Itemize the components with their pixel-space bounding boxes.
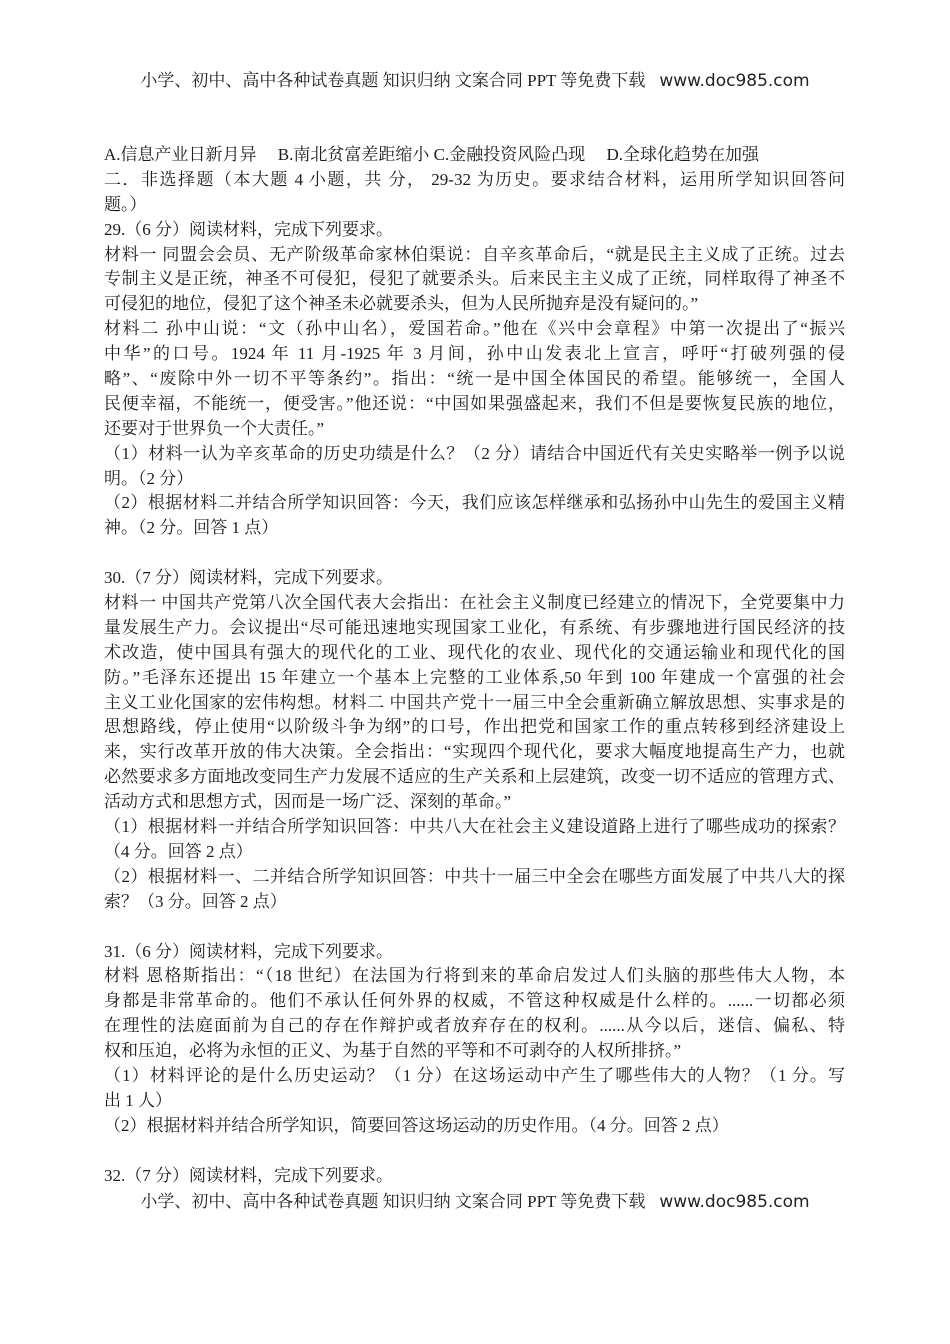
text-line: 出 1 人） (104, 1089, 845, 1114)
site-url: www.doc985.com (659, 1192, 809, 1212)
text-line: （1）根据材料一并结合所学知识回答：中共八大在社会主义建设道路上进行了哪些成功的… (104, 815, 845, 840)
promo-text: 小学、初中、高中各种试卷真题 知识归纳 文案合同 PPT 等免费下载 (140, 71, 645, 90)
text-line: （1）材料一认为辛亥革命的历史功绩是什么？（2 分）请结合中国近代有关史实略举一… (104, 442, 845, 467)
page-header: 小学、初中、高中各种试卷真题 知识归纳 文案合同 PPT 等免费下载www.do… (0, 68, 950, 94)
text-line: 来，实行改革开放的伟大决策。全会指出：“实现四个现代化，要求大幅度地提高生产力，… (104, 740, 845, 765)
text-line: 思想路线，停止使用“以阶级斗争为纲”的口号，作出把党和国家工作的重点转移到经济建… (104, 715, 845, 740)
text-line: （2）根据材料一、二并结合所学知识回答：中共十一届三中全会在哪些方面发展了中共八… (104, 865, 845, 890)
blank-line (104, 1139, 845, 1164)
text-line: 题。） (104, 193, 845, 218)
text-line: 还要对于世界负一个大责任。” (104, 417, 845, 442)
text-line: 29.（6 分）阅读材料，完成下列要求。 (104, 218, 845, 243)
text-line: 中华”的口号。1924 年 11 月-1925 年 3 月间，孙中山发表北上宣言… (104, 342, 845, 367)
text-line: 必然要求多方面地改变同生产力发展不适应的生产关系和上层建筑，改变一切不适应的管理… (104, 765, 845, 790)
text-line: 防。”毛泽东还提出 15 年建立一个基本上完整的工业体系,50 年到 100 年… (104, 666, 845, 691)
document-page: 小学、初中、高中各种试卷真题 知识归纳 文案合同 PPT 等免费下载www.do… (0, 0, 950, 1344)
text-line: 可侵犯的地位，侵犯了这个神圣未必就要杀头，但为人民所抛弃是没有疑问的。” (104, 292, 845, 317)
text-line: 明。（2 分） (104, 467, 845, 492)
text-line: 术改造，使中国具有强大的现代化的工业、现代化的农业、现代化的交通运输业和现代化的… (104, 641, 845, 666)
text-line: 材料 恩格斯指出：“（18 世纪）在法国为行将到来的革命启发过人们头脑的那些伟大… (104, 964, 845, 989)
text-line: A.信息产业日新月异 B.南北贫富差距缩小 C.金融投资风险凸现 D.全球化趋势… (104, 143, 845, 168)
text-line: 民便幸福，不能统一，便受害。”他还说：“中国如果强盛起来，我们不但是要恢复民族的… (104, 392, 845, 417)
text-line: 材料二 孙中山说：“文（孙中山名），爱国若命。”他在《兴中会章程》中第一次提出了… (104, 317, 845, 342)
text-line: 材料一 中国共产党第八次全国代表大会指出：在社会主义制度已经建立的情况下，全党要… (104, 591, 845, 616)
promo-text: 小学、初中、高中各种试卷真题 知识归纳 文案合同 PPT 等免费下载 (140, 1192, 645, 1211)
text-line: 活动方式和思想方式，因而是一场广泛、深刻的革命。” (104, 790, 845, 815)
text-line: 专制主义是正统，神圣不可侵犯，侵犯了就要杀头。后来民主主义成了正统，同样取得了神… (104, 267, 845, 292)
text-line: 主义工业化国家的宏伟构想。材料二 中国共产党十一届三中全会重新确立解放思想、实事… (104, 691, 845, 716)
text-line: 身都是非常革命的。他们不承认任何外界的权威，不管这种权威是什么样的。......… (104, 989, 845, 1014)
text-line: 神。（2 分。回答 1 点） (104, 516, 845, 541)
text-line: 在理性的法庭面前为自己的存在作辩护或者放弃存在的权利。......从今以后，迷信… (104, 1014, 845, 1039)
page-footer: 小学、初中、高中各种试卷真题 知识归纳 文案合同 PPT 等免费下载www.do… (0, 1189, 950, 1215)
text-line: 二．非选择题（本大题 4 小题，共 分， 29-32 为历史。要求结合材料，运用… (104, 168, 845, 193)
text-line: 量发展生产力。会议提出“尽可能迅速地实现国家工业化，有系统、有步骤地进行国民经济… (104, 616, 845, 641)
text-line: 31.（6 分）阅读材料，完成下列要求。 (104, 940, 845, 965)
site-url: www.doc985.com (659, 71, 809, 91)
text-line: 索？（3 分。回答 2 点） (104, 890, 845, 915)
document-body: A.信息产业日新月异 B.南北贫富差距缩小 C.金融投资风险凸现 D.全球化趋势… (104, 143, 845, 1188)
blank-line (104, 915, 845, 940)
text-line: 32.（7 分）阅读材料，完成下列要求。 (104, 1164, 845, 1189)
text-line: 略”、“废除中外一切不平等条约”。指出：“统一是中国全体国民的希望。能够统一，全… (104, 367, 845, 392)
text-line: （4 分。回答 2 点） (104, 840, 845, 865)
text-line: （2）根据材料并结合所学知识，简要回答这场运动的历史作用。（4 分。回答 2 点… (104, 1114, 845, 1139)
text-line: （1）材料评论的是什么历史运动？（1 分）在这场运动中产生了哪些伟大的人物？（1… (104, 1064, 845, 1089)
blank-line (104, 541, 845, 566)
text-line: （2）根据材料二并结合所学知识回答：今天，我们应该怎样继承和弘扬孙中山先生的爱国… (104, 491, 845, 516)
text-line: 权和压迫，必将为永恒的正义、为基于自然的平等和不可剥夺的人权所排挤。” (104, 1039, 845, 1064)
text-line: 材料一 同盟会会员、无产阶级革命家林伯渠说：自辛亥革命后，“就是民主主义成了正统… (104, 243, 845, 268)
text-line: 30.（7 分）阅读材料，完成下列要求。 (104, 566, 845, 591)
